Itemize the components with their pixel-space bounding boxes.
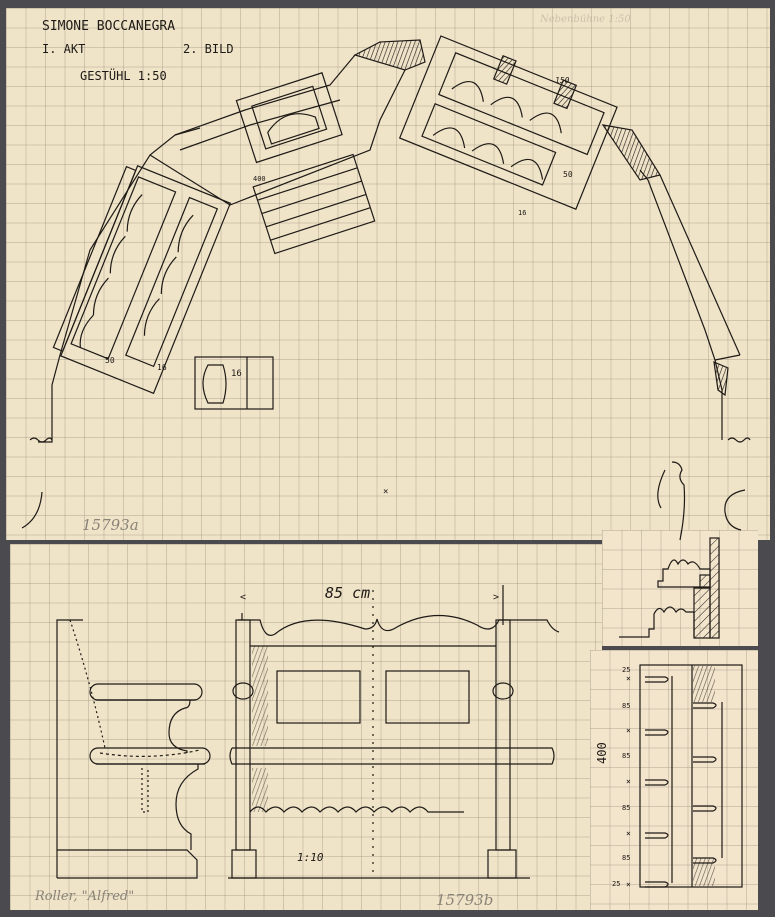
right-post — [496, 620, 510, 850]
back-panel-right — [386, 671, 469, 723]
pillar-hatched-right — [603, 125, 660, 180]
svg-text:<: < — [240, 592, 246, 603]
apron-scallops — [250, 807, 464, 812]
single-chair — [195, 357, 273, 409]
dimension-400-detail: 400 — [595, 742, 609, 764]
svg-text:×: × — [626, 880, 631, 889]
svg-text:×: × — [626, 726, 631, 735]
svg-text:85: 85 — [622, 752, 630, 760]
title-block: SIMONE BOCCANEGRA I. AKT 2. BILD GESTÜHL… — [42, 14, 631, 83]
pencil-note: Roller, "Alfred" — [34, 889, 134, 904]
break-line-right — [728, 438, 750, 442]
svg-text:>: > — [493, 592, 499, 603]
scale-1-10: 1:10 — [297, 851, 324, 864]
steps — [253, 154, 374, 253]
right-bench-group — [400, 31, 619, 209]
svg-text:85: 85 — [622, 854, 630, 862]
plan-labels: 150 400 50 16 50 16 16 × 15793a — [82, 76, 573, 534]
scene-label: 2. BILD — [183, 42, 234, 56]
armrest — [90, 684, 202, 700]
label-right-bench-16: 16 — [518, 209, 526, 217]
dimension-150: 150 — [555, 76, 570, 85]
archive-number-b: 15793b — [436, 891, 493, 909]
bench-top-detail — [640, 665, 742, 887]
crest-rail — [238, 615, 559, 635]
drawing-subtitle: GESTÜHL 1:50 — [80, 67, 167, 83]
faint-note: Nebenbühne 1:50 — [539, 14, 631, 25]
dimension-400: 400 — [253, 175, 266, 183]
bench-side-elevation — [57, 620, 210, 878]
bench-top-detail-labels: 400 25 85 85 85 85 25 × × × × × — [595, 666, 631, 889]
center-mark: × — [383, 487, 388, 497]
curtain-left-arc — [22, 492, 42, 528]
act-label: I. AKT — [42, 42, 85, 56]
seating-plan — [22, 31, 750, 540]
back-panel-left — [277, 671, 360, 723]
svg-text:×: × — [626, 829, 631, 838]
seat-rail — [230, 748, 554, 764]
svg-text:25: 25 — [622, 666, 630, 674]
svg-text:25: 25 — [612, 880, 620, 888]
svg-text:×: × — [626, 777, 631, 786]
stage-wall-left — [38, 128, 200, 442]
label-left-bench-16: 16 — [157, 363, 167, 372]
svg-text:85: 85 — [622, 702, 630, 710]
left-bench-group — [52, 162, 231, 393]
label-right-bench-50: 50 — [563, 170, 573, 179]
svg-text:×: × — [626, 674, 631, 683]
stage-wall-right — [640, 170, 722, 440]
dimension-85cm: 85 cm — [325, 584, 370, 602]
elevation-labels: 85 cm 1:10 Roller, "Alfred" 15793b — [34, 584, 493, 909]
label-chair-16: 16 — [231, 369, 242, 379]
bench-front-elevation: < > — [228, 585, 559, 878]
left-post — [236, 620, 250, 850]
stage-wall-right-inner — [660, 175, 740, 355]
throne-chair — [236, 73, 342, 163]
drawing-title: SIMONE BOCCANEGRA — [42, 19, 175, 34]
technical-drawing: SIMONE BOCCANEGRA I. AKT 2. BILD GESTÜHL… — [0, 0, 775, 917]
figure-sketch — [658, 462, 685, 540]
archive-number-a: 15793a — [82, 516, 139, 534]
label-left-bench-50: 50 — [105, 356, 115, 365]
curtain-right-arc — [725, 490, 745, 530]
wall-hatched-top — [355, 40, 425, 70]
svg-text:85: 85 — [622, 804, 630, 812]
pillar-hatched-lower-right — [714, 362, 728, 395]
profile-detail — [619, 538, 719, 638]
